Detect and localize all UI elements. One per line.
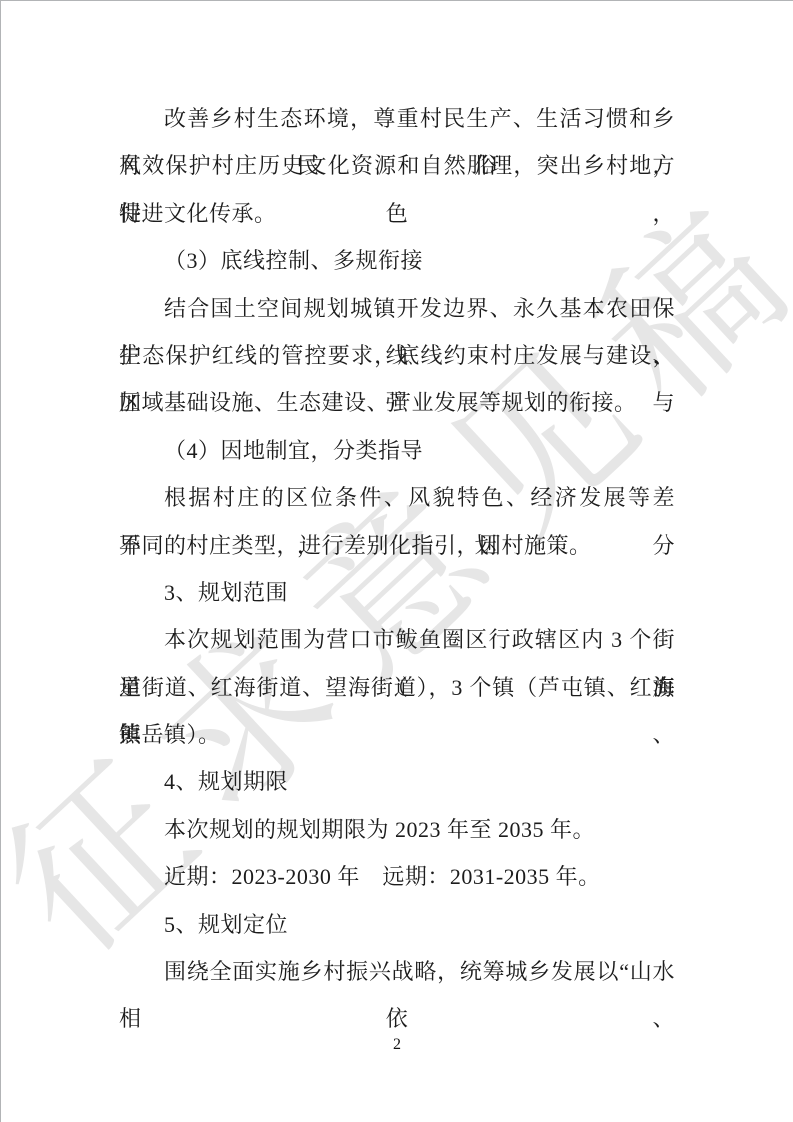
- text-line: 4、规划期限: [119, 758, 675, 805]
- text-line: 有效保护村庄历史文化资源和自然肌理，突出乡村地方特色，: [119, 142, 675, 189]
- text-line: 星街道、红海街道、望海街道），3 个镇（芦屯镇、红旗镇、: [119, 664, 675, 711]
- text-line: （4）因地制宜，分类指导: [119, 427, 675, 474]
- document-page: 征求意见稿 改善乡村生态环境，尊重村民生产、生活习惯和乡风民俗，有效保护村庄历史…: [0, 0, 793, 1122]
- text-line: （3）底线控制、多规衔接: [119, 237, 675, 284]
- document-body: 改善乡村生态环境，尊重村民生产、生活习惯和乡风民俗，有效保护村庄历史文化资源和自…: [119, 95, 675, 995]
- text-line: 结合国土空间规划城镇开发边界、永久基本农田保护线、: [119, 285, 675, 332]
- text-line: 5、规划定位: [119, 901, 675, 948]
- text-line: 近期：2023-2030 年 远期：2031-2035 年。: [119, 853, 675, 900]
- text-line: 根据村庄的区位条件、风貌特色、经济发展等差异，划分: [119, 474, 675, 521]
- text-line: 围绕全面实施乡村振兴战略，统筹城乡发展以“山水相依、: [119, 948, 675, 995]
- text-line: 本次规划范围为营口市鲅鱼圈区行政辖区内 3 个街道（海: [119, 616, 675, 663]
- text-line: 3、规划范围: [119, 569, 675, 616]
- text-line: 本次规划的规划期限为 2023 年至 2035 年。: [119, 806, 675, 853]
- text-line: 改善乡村生态环境，尊重村民生产、生活习惯和乡风民俗，: [119, 95, 675, 142]
- text-line: 生态保护红线的管控要求，底线约束村庄发展与建设，加强与: [119, 332, 675, 379]
- text-line: 区域基础设施、生态建设、产业发展等规划的衔接。: [119, 379, 675, 426]
- page-number: 2: [1, 1034, 793, 1056]
